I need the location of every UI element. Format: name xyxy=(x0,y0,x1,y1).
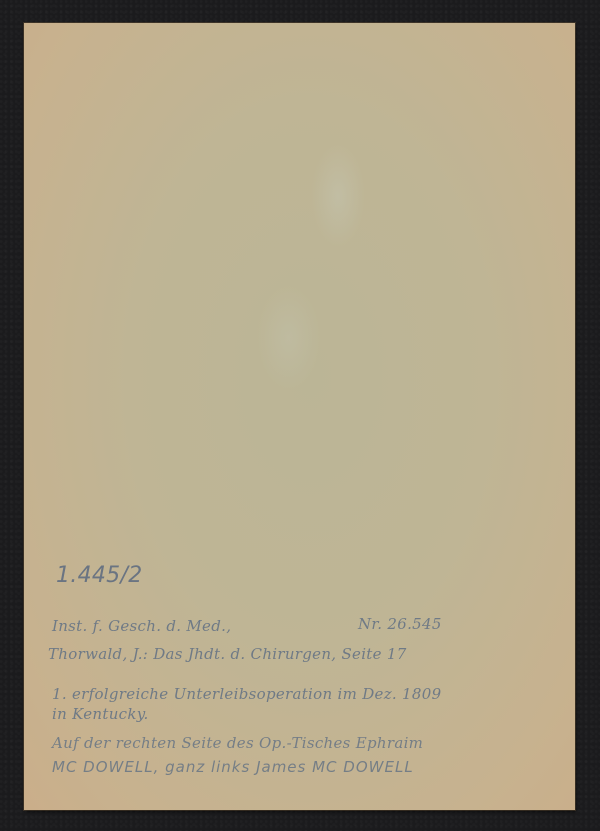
source-institute: Inst. f. Gesch. d. Med., xyxy=(52,617,231,635)
reference-line: Thorwald, J.: Das Jhdt. d. Chirurgen, Se… xyxy=(48,645,407,663)
source-number: Nr. 26.545 xyxy=(358,615,442,633)
persons-line-2: MC DOWELL, ganz links James MC DOWELL xyxy=(52,758,414,776)
persons-line-1: Auf der rechten Seite des Op.-Tisches Ep… xyxy=(52,734,423,752)
catalog-number: 1.445/2 xyxy=(56,563,143,588)
description-line-1: 1. erfolgreiche Unterleibsoperation im D… xyxy=(52,685,441,703)
index-card-sheet: 1.445/2 Inst. f. Gesch. d. Med., Nr. 26.… xyxy=(24,23,575,810)
description-line-2: in Kentucky. xyxy=(52,705,149,723)
